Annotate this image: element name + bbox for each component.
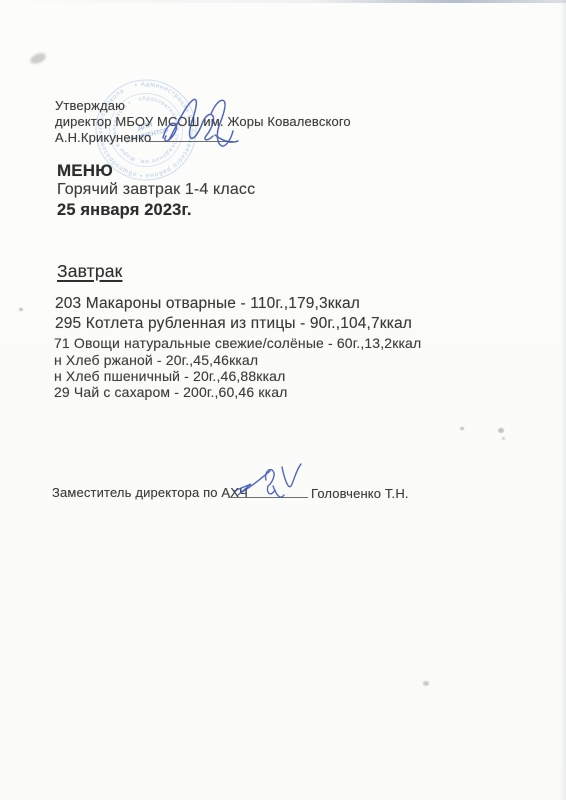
section-title-breakfast: Завтрак bbox=[57, 261, 122, 282]
deputy-director-name: Головченко Т.Н. bbox=[311, 486, 409, 501]
scan-speck bbox=[502, 437, 505, 440]
deputy-director-label: Заместитель директора по АХЧ bbox=[52, 485, 248, 500]
menu-date: 25 января 2023г. bbox=[57, 201, 192, 220]
deputy-signature bbox=[230, 461, 306, 505]
menu-item: 71 Овощи натуральные свежие/солёные - 60… bbox=[54, 335, 421, 351]
director-signature bbox=[153, 94, 245, 154]
menu-title: МЕНЮ bbox=[57, 161, 113, 181]
menu-item: 203 Макароны отварные - 110г.,179,3ккал bbox=[55, 295, 360, 313]
scan-smudge bbox=[29, 52, 47, 66]
scan-right-edge-shadow bbox=[560, 0, 566, 800]
menu-item: н Хлеб ржаной - 20г.,45,46ккал bbox=[54, 352, 258, 368]
menu-item: 29 Чай с сахаром - 200г.,60,46 ккал bbox=[54, 384, 287, 400]
menu-item: 295 Котлета рубленная из птицы - 90г.,10… bbox=[55, 315, 412, 333]
scanned-document-page: • Администрации Куйбышевского района • о… bbox=[0, 0, 566, 800]
scan-top-edge-shadow bbox=[0, 0, 566, 3]
approval-director-name: А.Н.Крикуненко bbox=[55, 130, 151, 145]
menu-subtitle: Горячий завтрак 1-4 класс bbox=[57, 181, 255, 199]
scan-speck bbox=[460, 427, 464, 430]
scan-speck bbox=[19, 308, 23, 311]
scan-speck bbox=[498, 428, 504, 433]
menu-item: н Хлеб пшеничный - 20г.,46,88ккал bbox=[54, 368, 285, 384]
approval-word: Утверждаю bbox=[55, 98, 125, 113]
scan-speck bbox=[423, 681, 429, 686]
